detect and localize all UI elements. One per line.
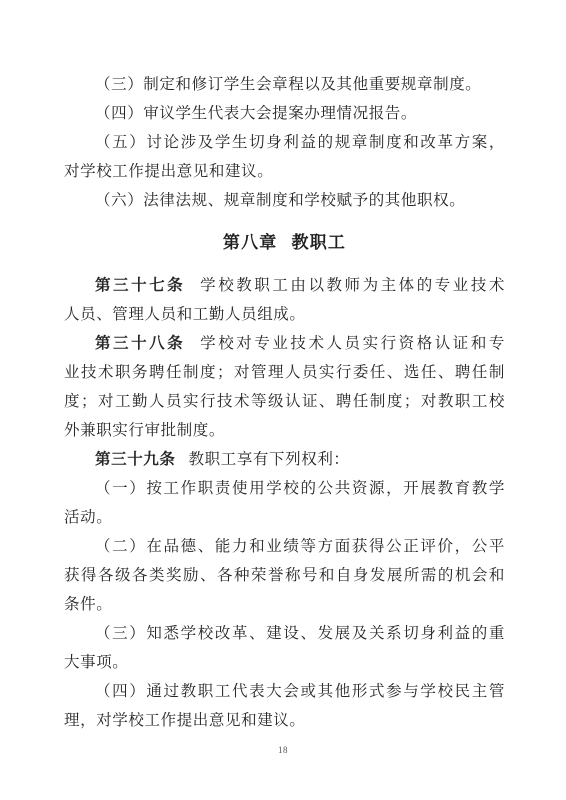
line-text: （四）审议学生代表大会提案办理情况报告。 xyxy=(95,105,417,122)
text-line: 外兼职实行审批制度。 xyxy=(64,416,505,445)
text-line: （四）通过教职工代表大会或其他形式参与学校民主管 xyxy=(64,677,505,706)
line-text: 活动。 xyxy=(64,509,112,526)
document-body: （三）制定和修订学生会章程以及其他重要规章制度。（四）审议学生代表大会提案办理情… xyxy=(0,0,566,735)
text-line: 活动。 xyxy=(64,503,505,532)
text-line: 业技术职务聘任制度；对管理人员实行委任、选任、聘任制 xyxy=(64,358,505,387)
page-footer: 18 xyxy=(0,740,566,758)
text-line: 人员、管理人员和工勤人员组成。 xyxy=(64,300,505,329)
text-line: 条件。 xyxy=(64,590,505,619)
article-number: 第三十八条 xyxy=(95,335,185,352)
line-text: （五）讨论涉及学生切身利益的规章制度和改革方案， xyxy=(95,134,505,151)
text-line: 大事项。 xyxy=(64,648,505,677)
text-line: （六）法律法规、规章制度和学校赋予的其他职权。 xyxy=(64,186,505,215)
text-line: 获得各级各类奖励、各种荣誉称号和自身发展所需的机会和 xyxy=(64,561,505,590)
text-line: （一）按工作职责使用学校的公共资源，开展教育教学 xyxy=(64,474,505,503)
line-text: （一）按工作职责使用学校的公共资源，开展教育教学 xyxy=(95,480,505,497)
chapter-heading: 第八章教职工 xyxy=(64,228,505,258)
line-text: 度；对工勤人员实行技术等级认证、聘任制度；对教职工校 xyxy=(64,393,505,410)
document-page: （三）制定和修订学生会章程以及其他重要规章制度。（四）审议学生代表大会提案办理情… xyxy=(0,0,566,800)
text-line: （五）讨论涉及学生切身利益的规章制度和改革方案， xyxy=(64,128,505,157)
text-line: 度；对工勤人员实行技术等级认证、聘任制度；对教职工校 xyxy=(64,387,505,416)
line-text: 获得各级各类奖励、各种荣誉称号和自身发展所需的机会和 xyxy=(64,567,505,584)
chapter-number: 第八章 xyxy=(223,233,278,252)
chapter-title: 教职工 xyxy=(292,233,347,252)
line-text: 学校对专业技术人员实行资格认证和专 xyxy=(198,335,505,352)
page-number: 18 xyxy=(278,745,288,755)
article-number: 第三十七条 xyxy=(95,277,185,294)
line-text: 对学校工作提出意见和建议。 xyxy=(64,163,273,180)
line-text: （二）在品德、能力和业绩等方面获得公正评价，公平 xyxy=(95,538,505,555)
line-text: 人员、管理人员和工勤人员组成。 xyxy=(64,306,306,323)
article-number: 第三十九条 xyxy=(95,451,176,468)
line-text: 外兼职实行审批制度。 xyxy=(64,422,225,439)
line-text: （四）通过教职工代表大会或其他形式参与学校民主管 xyxy=(95,683,505,700)
text-line: （四）审议学生代表大会提案办理情况报告。 xyxy=(64,99,505,128)
line-text: （六）法律法规、规章制度和学校赋予的其他职权。 xyxy=(95,192,465,209)
text-line: 理，对学校工作提出意见和建议。 xyxy=(64,706,505,735)
line-text: 大事项。 xyxy=(64,654,128,671)
text-line: 第三十七条学校教职工由以教师为主体的专业技术 xyxy=(64,271,505,300)
line-text: （三）知悉学校改革、建设、发展及关系切身利益的重 xyxy=(95,625,505,642)
text-line: 第三十八条学校对专业技术人员实行资格认证和专 xyxy=(64,329,505,358)
text-line: （二）在品德、能力和业绩等方面获得公正评价，公平 xyxy=(64,532,505,561)
text-line: 第三十九条教职工享有下列权利： xyxy=(64,445,505,474)
line-text: 学校教职工由以教师为主体的专业技术 xyxy=(198,277,505,294)
text-line: 对学校工作提出意见和建议。 xyxy=(64,157,505,186)
text-line: （三）制定和修订学生会章程以及其他重要规章制度。 xyxy=(64,70,505,99)
line-text: 业技术职务聘任制度；对管理人员实行委任、选任、聘任制 xyxy=(64,364,505,381)
line-text: （三）制定和修订学生会章程以及其他重要规章制度。 xyxy=(95,76,481,93)
text-line: （三）知悉学校改革、建设、发展及关系切身利益的重 xyxy=(64,619,505,648)
line-text: 理，对学校工作提出意见和建议。 xyxy=(64,712,306,729)
line-text: 教职工享有下列权利： xyxy=(189,451,350,468)
line-text: 条件。 xyxy=(64,596,112,613)
